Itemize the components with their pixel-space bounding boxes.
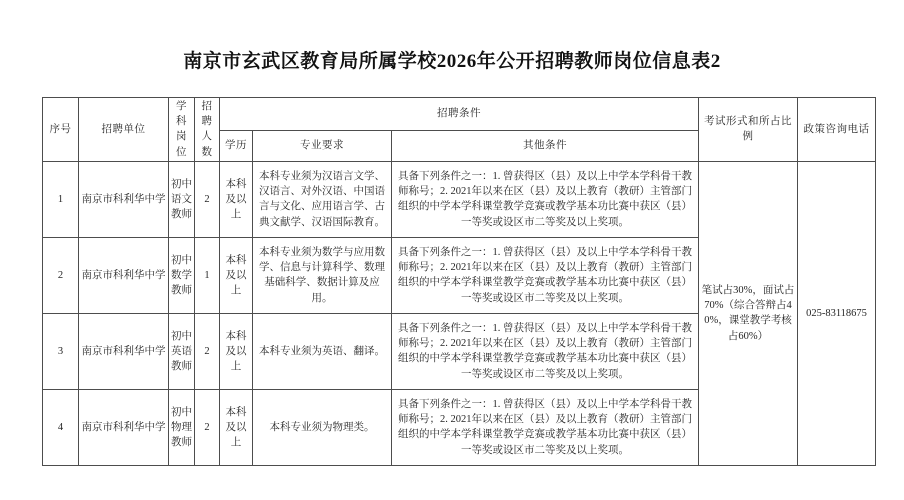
cell-major: 本科专业须为汉语言文学、汉语言、对外汉语、中国语言与文化、应用语言学、古典文献学… xyxy=(253,161,392,237)
cell-phone: 025-83118675 xyxy=(798,161,876,465)
cell-subject: 初中语文教师 xyxy=(169,161,195,237)
page-title: 南京市玄武区教育局所属学校2026年公开招聘教师岗位信息表2 xyxy=(0,46,904,73)
header-conditions: 招聘条件 xyxy=(220,98,699,131)
cell-major: 本科专业须为物理类。 xyxy=(253,389,392,465)
cell-degree: 本科及以上 xyxy=(220,237,253,313)
recruitment-table: 序号 招聘单位 学科岗位 招聘人数 招聘条件 考试形式和所占比例 政策咨询电话 … xyxy=(42,97,876,466)
header-count: 招聘人数 xyxy=(195,98,220,162)
cell-unit: 南京市科利华中学 xyxy=(79,313,169,389)
header-major: 专业要求 xyxy=(253,130,392,161)
cell-unit: 南京市科利华中学 xyxy=(79,161,169,237)
cell-seq: 2 xyxy=(43,237,79,313)
header-other: 其他条件 xyxy=(392,130,699,161)
cell-seq: 3 xyxy=(43,313,79,389)
cell-subject: 初中数学教师 xyxy=(169,237,195,313)
cell-subject: 初中物理教师 xyxy=(169,389,195,465)
header-unit: 招聘单位 xyxy=(79,98,169,162)
table-row: 1 南京市科利华中学 初中语文教师 2 本科及以上 本科专业须为汉语言文学、汉语… xyxy=(43,161,876,237)
cell-other: 具备下列条件之一：1. 曾获得区（县）及以上中学本学科骨干教师称号；2. 202… xyxy=(392,313,699,389)
header-exam: 考试形式和所占比例 xyxy=(699,98,798,162)
cell-other: 具备下列条件之一：1. 曾获得区（县）及以上中学本学科骨干教师称号；2. 202… xyxy=(392,161,699,237)
cell-count: 2 xyxy=(195,313,220,389)
header-degree: 学历 xyxy=(220,130,253,161)
cell-unit: 南京市科利华中学 xyxy=(79,237,169,313)
cell-seq: 4 xyxy=(43,389,79,465)
header-seq: 序号 xyxy=(43,98,79,162)
cell-exam-form: 笔试占30%，面试占70%（综合答辩占40%，课堂教学考核占60%） xyxy=(699,161,798,465)
cell-degree: 本科及以上 xyxy=(220,161,253,237)
cell-seq: 1 xyxy=(43,161,79,237)
cell-degree: 本科及以上 xyxy=(220,313,253,389)
cell-other: 具备下列条件之一：1. 曾获得区（县）及以上中学本学科骨干教师称号；2. 202… xyxy=(392,237,699,313)
cell-count: 2 xyxy=(195,161,220,237)
cell-count: 1 xyxy=(195,237,220,313)
cell-degree: 本科及以上 xyxy=(220,389,253,465)
cell-major: 本科专业须为数学与应用数学、信息与计算科学、数理基础科学、数据计算及应用。 xyxy=(253,237,392,313)
cell-count: 2 xyxy=(195,389,220,465)
cell-unit: 南京市科利华中学 xyxy=(79,389,169,465)
header-subject: 学科岗位 xyxy=(169,98,195,162)
header-phone: 政策咨询电话 xyxy=(798,98,876,162)
cell-other: 具备下列条件之一：1. 曾获得区（县）及以上中学本学科骨干教师称号；2. 202… xyxy=(392,389,699,465)
cell-major: 本科专业须为英语、翻译。 xyxy=(253,313,392,389)
cell-subject: 初中英语教师 xyxy=(169,313,195,389)
